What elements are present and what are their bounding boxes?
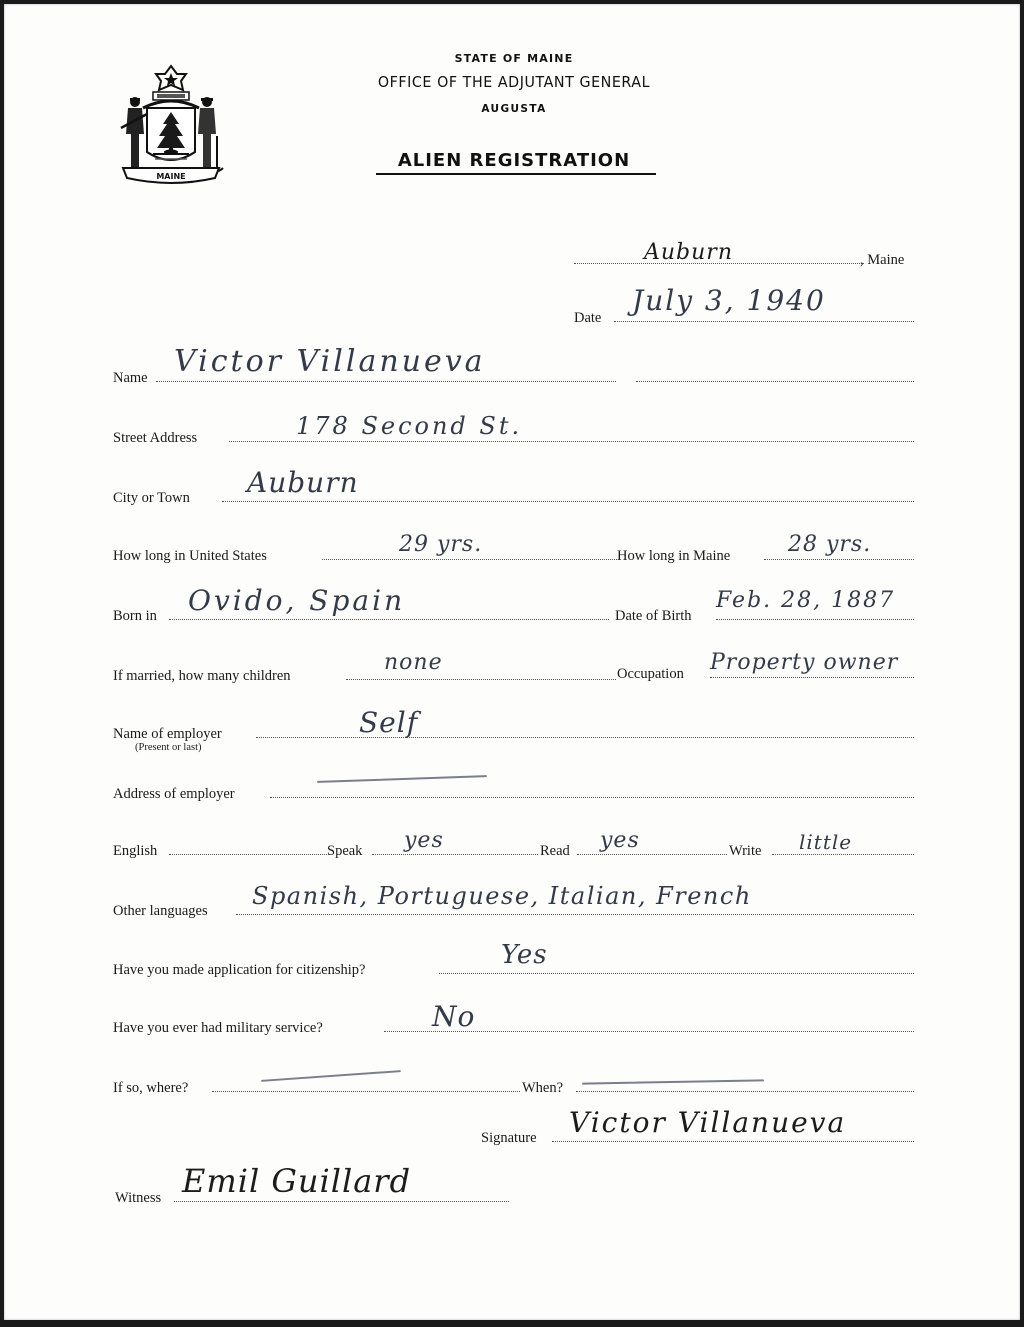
city-field-line (222, 501, 914, 502)
occupation-label: Occupation (617, 666, 684, 683)
registration-form-page: MAINE STATE OF MAINE OFFICE OF THE ADJUT… (4, 4, 1020, 1320)
city-label: City or Town (113, 490, 190, 507)
employer-name-sublabel: (Present or last) (135, 742, 201, 753)
town-suffix-label: , Maine (860, 252, 904, 269)
street-address-field-line (229, 441, 914, 442)
other-languages-field-line (236, 914, 914, 915)
when-field-value[interactable] (582, 1079, 764, 1084)
children-label: If married, how many children (113, 668, 291, 685)
write-label: Write (729, 843, 761, 860)
years-in-us-field-line (322, 559, 617, 560)
other-languages-field-value[interactable]: Spanish, Portuguese, Italian, French (252, 882, 752, 910)
town-field-value[interactable]: Auburn (644, 240, 733, 265)
english-label: English (113, 843, 157, 860)
title-underline (376, 173, 656, 175)
street-address-field-value[interactable]: 178 Second St. (296, 412, 522, 440)
signature-field-value[interactable]: Victor Villanueva (569, 1106, 846, 1139)
citizenship-label: Have you made application for citizenshi… (113, 962, 365, 979)
born-in-field-line (169, 619, 609, 620)
years-in-maine-field-line (764, 559, 914, 560)
when-label: When? (522, 1080, 563, 1097)
date-of-birth-field-value[interactable]: Feb. 28, 1887 (716, 588, 895, 613)
name-field-value[interactable]: Victor Villanueva (174, 344, 486, 379)
citizenship-field-value[interactable]: Yes (501, 940, 548, 970)
years-in-maine-label: How long in Maine (617, 548, 730, 565)
children-field-value[interactable]: none (384, 650, 443, 675)
when-field-line (576, 1091, 914, 1092)
witness-field-line (174, 1201, 509, 1202)
street-address-label: Street Address (113, 430, 197, 447)
state-seal-icon: MAINE (115, 64, 227, 188)
english-field-line (169, 854, 327, 855)
date-label: Date (574, 310, 601, 327)
read-label: Read (540, 843, 570, 860)
occupation-field-value[interactable]: Property owner (710, 650, 898, 675)
military-field-value[interactable]: No (432, 1000, 475, 1033)
date-of-birth-label: Date of Birth (615, 608, 692, 625)
header-city: AUGUSTA (334, 103, 694, 115)
speak-label: Speak (327, 843, 362, 860)
years-in-maine-field-value[interactable]: 28 yrs. (788, 532, 871, 557)
read-field-value[interactable]: yes (600, 828, 640, 853)
name-field-line-1 (156, 381, 616, 382)
name-label: Name (113, 370, 148, 387)
other-languages-label: Other languages (113, 903, 208, 920)
speak-field-value[interactable]: yes (404, 828, 444, 853)
where-label: If so, where? (113, 1080, 188, 1097)
header-office: OFFICE OF THE ADJUTANT GENERAL (348, 73, 679, 91)
years-in-us-label: How long in United States (113, 548, 267, 565)
occupation-field-line (710, 677, 914, 678)
read-field-line (577, 854, 727, 855)
witness-field-value[interactable]: Emil Guillard (182, 1162, 411, 1200)
form-title: ALIEN REGISTRATION (334, 150, 694, 171)
employer-name-field-line (256, 737, 914, 738)
employer-address-field-value[interactable] (317, 775, 487, 783)
citizenship-field-line (439, 973, 914, 974)
where-field-line (212, 1091, 520, 1092)
employer-address-field-line (270, 797, 914, 798)
date-field-value[interactable]: July 3, 1940 (632, 284, 826, 317)
witness-label: Witness (115, 1190, 161, 1207)
years-in-us-field-value[interactable]: 29 yrs. (399, 532, 482, 557)
city-field-value[interactable]: Auburn (247, 466, 359, 499)
where-field-value[interactable] (261, 1070, 401, 1082)
signature-field-line (552, 1141, 914, 1142)
header-state: STATE OF MAINE (334, 52, 694, 65)
born-in-label: Born in (113, 608, 157, 625)
children-field-line (346, 679, 616, 680)
born-in-field-value[interactable]: Ovido, Spain (188, 584, 405, 617)
date-of-birth-field-line (716, 619, 914, 620)
write-field-value[interactable]: little (799, 830, 852, 854)
svg-text:MAINE: MAINE (156, 172, 185, 181)
military-label: Have you ever had military service? (113, 1020, 323, 1037)
signature-label: Signature (481, 1130, 537, 1147)
write-field-line (772, 854, 914, 855)
speak-field-line (372, 854, 538, 855)
employer-address-label: Address of employer (113, 786, 235, 803)
employer-name-field-value[interactable]: Self (359, 706, 418, 739)
employer-name-label: Name of employer (113, 726, 222, 743)
name-field-line-2 (636, 381, 914, 382)
date-field-line (614, 321, 914, 322)
